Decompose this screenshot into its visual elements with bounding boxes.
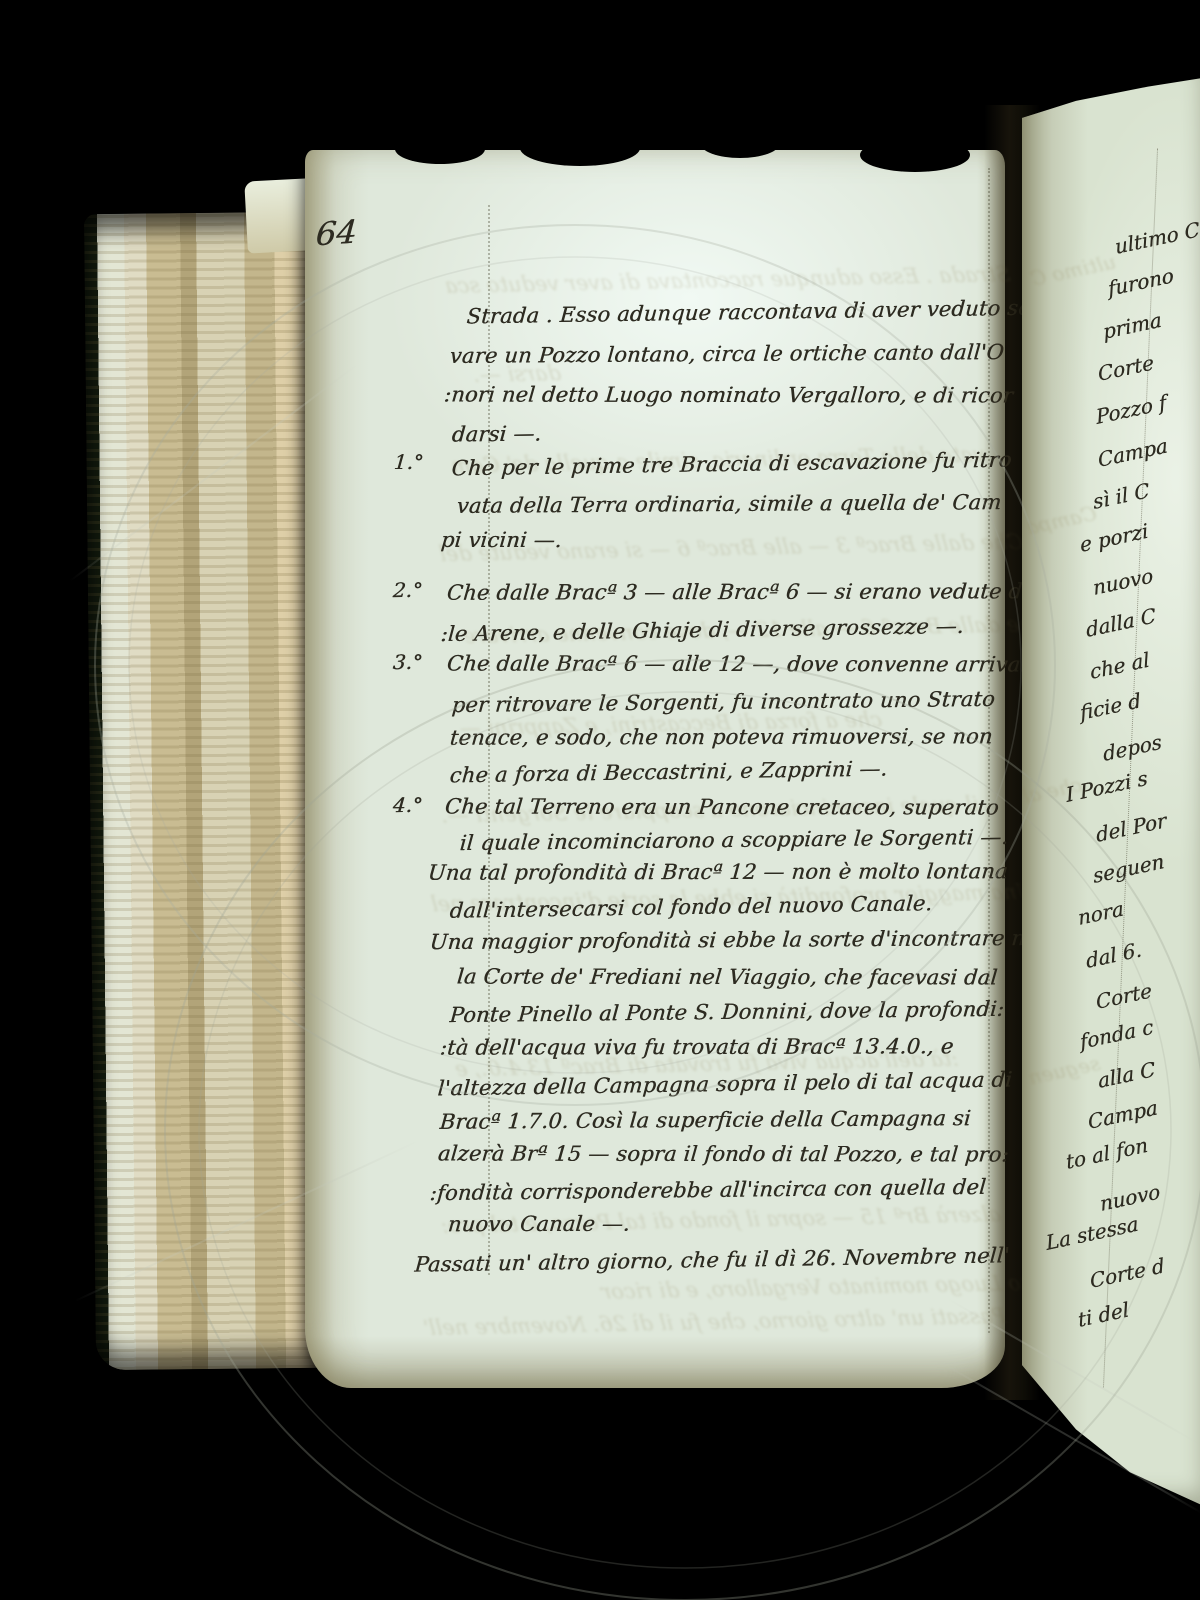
manuscript-fragment: nuovo — [1099, 1179, 1162, 1216]
bleed-through-ghost: Strada . Esso adunque raccontava di aver… — [444, 262, 1012, 298]
manuscript-fragment: Corte d — [1089, 1253, 1166, 1293]
item-number: 4.° — [392, 793, 424, 817]
manuscript-line: darsi —. — [451, 421, 542, 446]
manuscript-fragment: ultimo C — [1114, 217, 1200, 259]
manuscript-line: :fondità corrisponderebbe all'incirca co… — [429, 1175, 987, 1205]
manuscript-line: vare un Pozzo lontano, circa le ortiche … — [449, 340, 1005, 368]
manuscript-line: tenace, e sodo, che non poteva rimuovers… — [449, 724, 994, 749]
manuscript-photo: 64 Strada . Esso adunque raccontava di a… — [0, 0, 1200, 1600]
manuscript-line: Che dalle Bracª 3 — alle Bracª 6 — si er… — [446, 579, 1043, 605]
torn-edge-notch — [395, 134, 485, 164]
manuscript-line: Che tal Terreno era un Pancone cretaceo,… — [444, 795, 1000, 820]
manuscript-line: Che dalle Bracª 6 — alle 12 —, dove conv… — [446, 651, 1044, 676]
torn-edge-notch — [520, 130, 640, 166]
page-number: 64 — [315, 213, 359, 254]
manuscript-line: :le Arene, e delle Ghiaje di diverse gro… — [440, 614, 965, 646]
manuscript-fragment: alla C — [1097, 1057, 1157, 1093]
manuscript-fragment: La stessa — [1045, 1211, 1140, 1254]
manuscript-fragment: del Por — [1095, 808, 1168, 847]
manuscript-fragment: dalla C — [1085, 603, 1157, 642]
manuscript-line: Strada . Esso adunque raccontava di aver… — [466, 295, 1044, 328]
torn-edge-notch — [700, 128, 780, 158]
manuscript-fragment: nuovo — [1092, 563, 1155, 600]
manuscript-fragment: ti del — [1077, 1297, 1131, 1332]
item-number: 1.° — [393, 450, 425, 474]
item-number: 2.° — [392, 578, 424, 602]
manuscript-line: Ponte Pinello al Ponte S. Donnini, dove … — [449, 997, 1005, 1027]
bleed-through-ghost: seguen — [1026, 1051, 1102, 1090]
manuscript-line: pi vicini —. — [440, 528, 563, 552]
manuscript-line: che a forza di Beccastrini, e Zapprini —… — [449, 757, 889, 788]
torn-edge-notch — [860, 138, 970, 172]
bleed-through-ghost: Passati un' altro giorno, che fu il dì 2… — [422, 1304, 1007, 1340]
manuscript-line: nuovo Canale —. — [447, 1212, 631, 1236]
item-number: 3.° — [392, 650, 424, 674]
manuscript-line: vata della Terra ordinaria, simile a que… — [456, 490, 1003, 518]
manuscript-line: la Corte de' Frediani nel Viaggio, che f… — [456, 965, 998, 990]
manuscript-line: Bracª 1.7.0. Così la superficie della Ca… — [439, 1106, 972, 1134]
manuscript-line: Una tal profondità di Bracª 12 — non è m… — [427, 859, 1009, 885]
manuscript-fragment: dal 6. — [1085, 937, 1143, 973]
manuscript-line: :tà dell'acqua viva fu trovata di Bracª … — [439, 1034, 955, 1059]
book-page-edges — [84, 212, 322, 1370]
manuscript-fragment: to al fon — [1065, 1133, 1150, 1174]
manuscript-line: :nori nel detto Luogo nominato Vergallor… — [443, 383, 1014, 408]
manuscript-fragment: seguen — [1092, 849, 1166, 888]
manuscript-line: Una maggior profondità si ebbe la sorte … — [429, 926, 1046, 954]
manuscript-fragment: Corte — [1095, 978, 1153, 1014]
bleed-through-ghost: ultimo C — [1028, 249, 1117, 290]
manuscript-fragment: che al — [1089, 647, 1151, 684]
manuscript-right-page: ultimo CCampache alseguen ultimo Cfurono… — [1022, 78, 1200, 1508]
manuscript-fragment: fonda c — [1079, 1015, 1155, 1054]
manuscript-fragment: depos — [1102, 730, 1163, 766]
manuscript-left-page: 64 Strada . Esso adunque raccontava di a… — [305, 150, 1005, 1388]
manuscript-fragment: nora — [1077, 896, 1125, 930]
manuscript-line: alzerà Brª 15 — sopra il fondo di tal Po… — [437, 1142, 1010, 1167]
manuscript-fragment: prima — [1102, 308, 1163, 344]
manuscript-fragment: Campa — [1087, 1095, 1159, 1134]
manuscript-fragment: Pozzo f — [1095, 390, 1168, 429]
manuscript-line: Passati un' altro giorno, che fu il dì 2… — [414, 1243, 1011, 1276]
manuscript-line: per ritrovare le Sorgenti, fu incontrato… — [451, 687, 996, 717]
manuscript-fragment: Campa — [1097, 433, 1169, 472]
manuscript-line: il quale incominciarono a scoppiare le S… — [459, 825, 1010, 855]
